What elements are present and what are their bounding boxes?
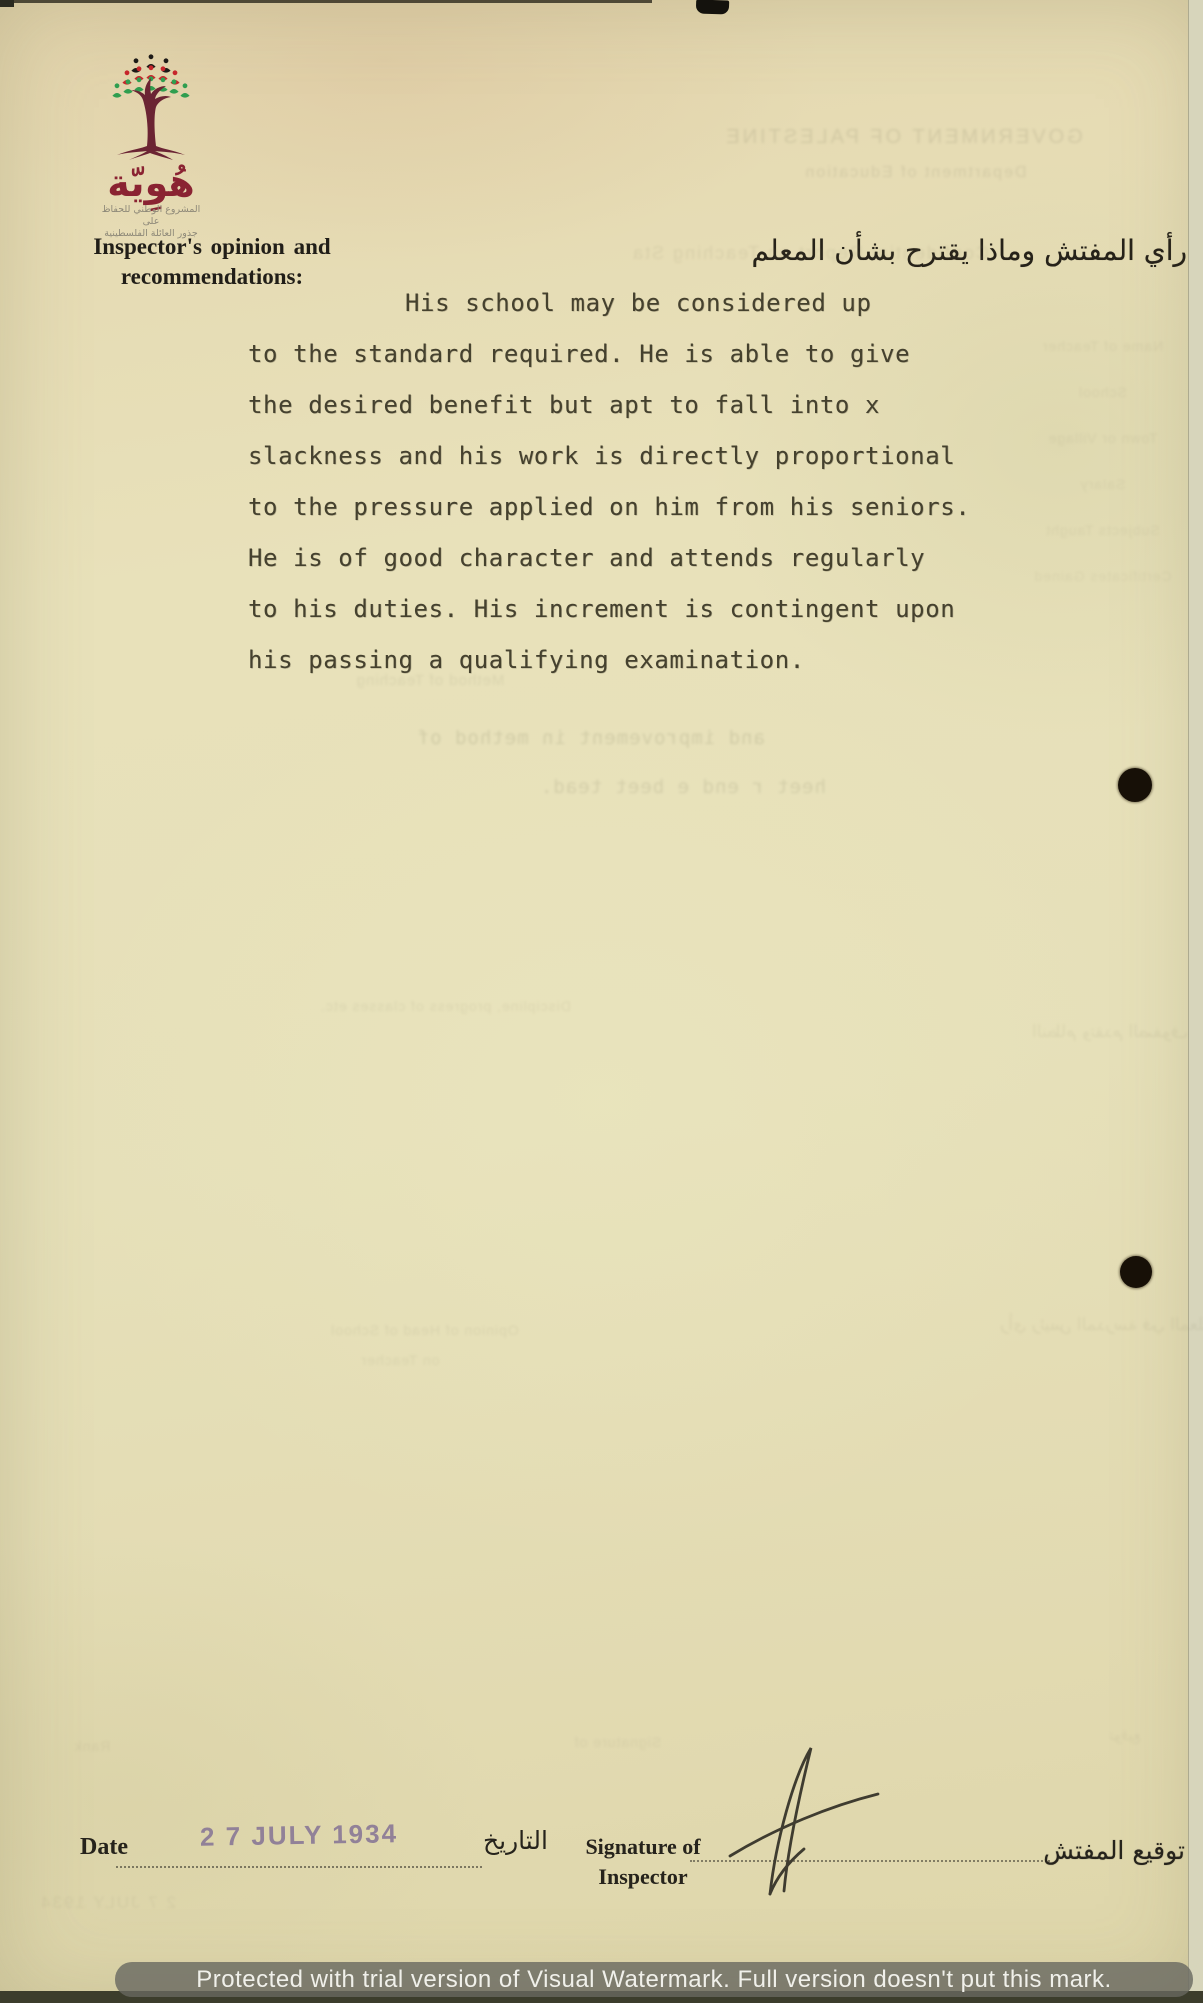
hole-punch-dot (1120, 1256, 1152, 1288)
bleed-through-field-signature-arabic-ghost: توقيع (1085, 1726, 1165, 1744)
typewritten-line: the desired benefit but apt to fall into… (248, 380, 970, 431)
bleed-through-field-name-of-teacher: Name of Teacher (1020, 338, 1185, 354)
bleed-through-report-title: Confidential Report on Teaching Sta (620, 243, 1000, 264)
trial-watermark-text: Protected with trial version of Visual W… (196, 1966, 1111, 1994)
black-tape-mark (696, 0, 729, 15)
bleed-through-stamp-ghost: 2 7 JULY 1934 (20, 1893, 195, 1913)
huwiyya-logo: هُوِيّة المشروع الوطني للحفاظ على جذور ا… (96, 52, 206, 240)
bleed-through-illegible-typed-1: and improvement in method of (420, 727, 765, 749)
bleed-through-field-rank: Rank (62, 1738, 122, 1754)
bleed-through-field-opinion-head-1: Opinion of Head of School (322, 1322, 527, 1338)
bleed-through-department-of-education: Department of Education (775, 164, 1055, 182)
bleed-through-government-of-palestine: GOVERNMENT OF PALESTINE (698, 126, 1108, 149)
logo-tagline-line1: المشروع الوطني للحفاظ على (96, 204, 206, 228)
bleed-through-illegible-typed-2: heet r end e beet tead. (556, 776, 826, 798)
typewritten-line: to the standard required. He is able to … (248, 329, 970, 380)
typewritten-line: to the pressure applied on him from his … (248, 482, 970, 533)
bleed-through-field-subjects-taught: Subjects Taught (1020, 522, 1185, 538)
scan-top-edge-line (0, 0, 652, 3)
bleed-through-field-opinion-head-arabic: رأي رئيس المدرسة في المعلم (1000, 1315, 1185, 1335)
typewritten-line: His school may be considered up (248, 278, 970, 329)
page-right-edge (1188, 0, 1203, 2003)
date-label-arabic: التاريخ (483, 1826, 548, 1855)
bleed-through-field-opinion-head-2: on Teacher (340, 1352, 460, 1368)
bleed-through-field-signature-ghost: Signature of (550, 1734, 685, 1750)
bleed-through-field-discipline-arabic: النظام وتقدم الصفوف (1030, 1022, 1190, 1042)
scanned-document-page: هُوِيّة المشروع الوطني للحفاظ على جذور ا… (0, 0, 1203, 2003)
family-tree-logo-icon (105, 52, 197, 164)
typewritten-line: He is of good character and attends regu… (248, 533, 970, 584)
bleed-through-field-certificates: Certificates Gained (1020, 568, 1185, 584)
signature-label-arabic: توقيع المفتش (1043, 1836, 1185, 1865)
typewritten-line: slackness and his work is directly propo… (248, 431, 970, 482)
bleed-through-field-discipline: Discipline, progress of classes etc. (318, 998, 573, 1014)
typewritten-line: to his duties. His increment is continge… (248, 584, 970, 635)
trial-watermark-banner: Protected with trial version of Visual W… (115, 1962, 1193, 1997)
typewritten-opinion-text: His school may be considered upto the st… (248, 278, 970, 686)
bleed-through-field-salary: Salary (1020, 476, 1185, 492)
signature-label-line2: Inspector (563, 1862, 723, 1892)
inspector-signature (718, 1742, 898, 1907)
hole-punch-dot (1118, 768, 1152, 802)
logo-calligraphy: هُوِيّة (96, 164, 206, 204)
bleed-through-field-school: School (1020, 384, 1185, 400)
bleed-through-field-town-or-village: Town or Village (1020, 430, 1185, 446)
scan-corner-mark (0, 0, 14, 7)
bleed-through-field-method-of-teaching: Method of Teaching (335, 672, 525, 689)
heading-line1: Inspector's opinion and (62, 232, 362, 262)
date-stamp: 2 7 JULY 1934 (200, 1818, 399, 1852)
